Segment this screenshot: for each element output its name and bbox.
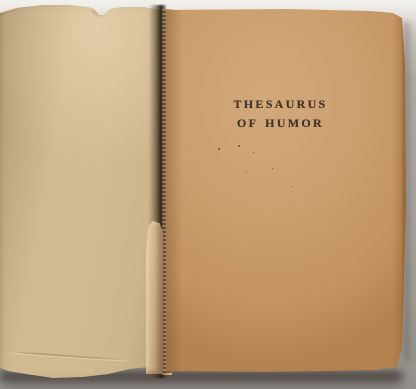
foxing-spot bbox=[272, 168, 273, 169]
endpaper-tear bbox=[90, 9, 108, 18]
book-photo: THESAURUS OF HUMOR bbox=[0, 0, 416, 389]
foxing-spot bbox=[238, 145, 240, 147]
foxing-spot bbox=[218, 148, 220, 150]
left-endpaper bbox=[0, 0, 164, 384]
endpaper-crease-top bbox=[0, 5, 29, 17]
title-page: THESAURUS OF HUMOR bbox=[166, 3, 407, 380]
endpaper-crease-bottom bbox=[6, 351, 131, 362]
foxing-spot bbox=[253, 152, 254, 153]
foxing-spots bbox=[166, 3, 407, 380]
foxing-spot bbox=[246, 171, 247, 172]
foxing-spot bbox=[291, 186, 292, 187]
curled-page-corner bbox=[146, 221, 163, 374]
